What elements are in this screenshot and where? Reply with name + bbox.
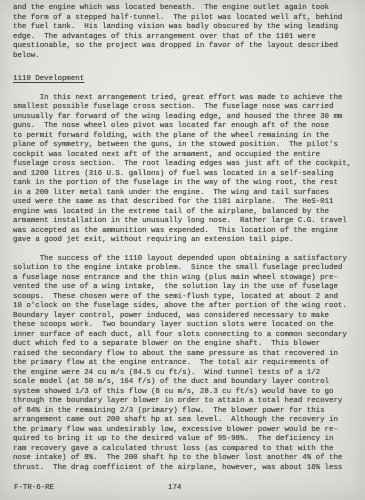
paragraph-1110-development: In this next arrangement tried, great ef… bbox=[13, 94, 355, 246]
page-number: 174 bbox=[168, 484, 181, 494]
document-page: and the engine which was located beneath… bbox=[0, 0, 365, 500]
report-number: F-TR-6-RE bbox=[14, 484, 54, 494]
page-footer: F-TR-6-RE 174 bbox=[0, 484, 365, 494]
paragraph-1110-intake-problem: The success of the 1110 layout depended … bbox=[13, 255, 355, 474]
section-heading-1110-development: 1110 Development bbox=[13, 75, 355, 85]
paragraph-continuation: and the engine which was located beneath… bbox=[13, 4, 355, 61]
